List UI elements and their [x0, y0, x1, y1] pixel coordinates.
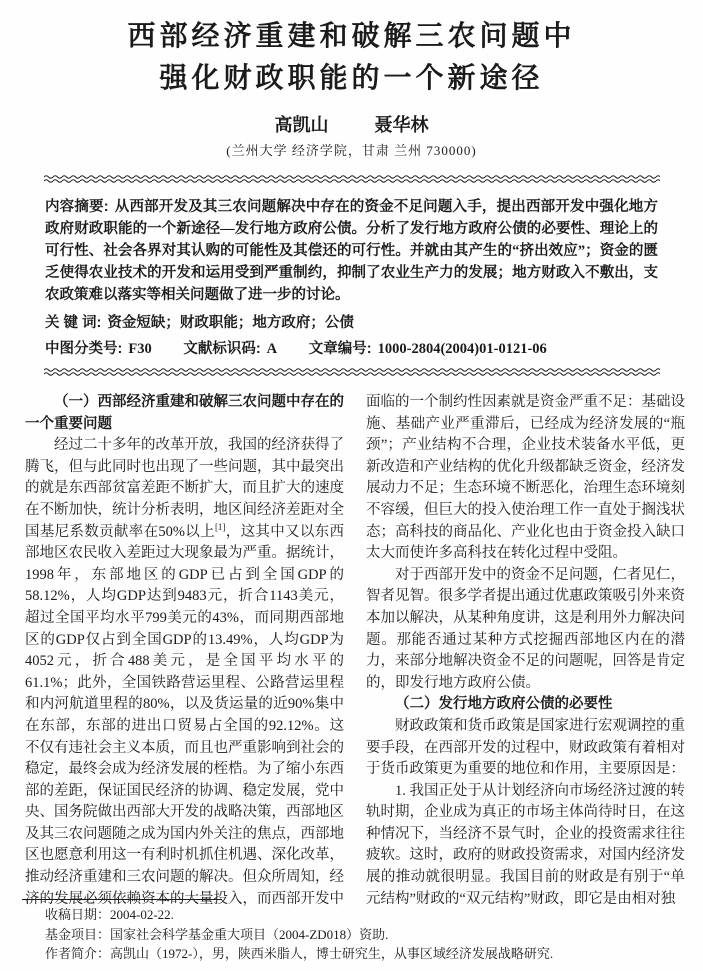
author-bio-line: 作者简介：高凯山（1972-），男，陕西米脂人，博士研究生，从事区域经济发展战略…: [22, 944, 673, 964]
paragraph-text: ，这其中又以东西部地区农民收入差距过大现象最为严重。据统计，1998年，东部地区…: [25, 524, 344, 907]
author-bio-value: 高凯山（1972-），男，陕西米脂人，博士研究生，从事区域经济发展战略研究.: [110, 946, 553, 961]
received-date-label: 收稿日期：: [45, 907, 110, 922]
section-heading-1: （一）西部经济重建和破解三农问题中存在的一个重要问题: [25, 392, 344, 435]
keywords-text: 资金短缺；财政职能；地方政府；公债: [107, 315, 354, 331]
abstract-label: 内容摘要:: [45, 199, 109, 215]
body-paragraph: 对于西部开发中的资金不足问题，仁者见仁，智者见智。很多学者提出通过优惠政策吸引外…: [366, 565, 685, 695]
author-bio-label: 作者简介：: [45, 946, 110, 961]
keywords-label: 关 键 词:: [45, 315, 101, 331]
title-line-2: 强化财政职能的一个新途径: [0, 58, 703, 100]
left-column: （一）西部经济重建和破解三农问题中存在的一个重要问题 经过二十多年的改革开放，我…: [25, 392, 344, 910]
meta-block: 内容摘要:从西部开发及其三农问题解决中存在的资金不足问题入手，提出西部开发中强化…: [45, 196, 658, 360]
author-name: 高凯山: [275, 113, 329, 137]
body-paragraph: 经过二十多年的改革开放，我国的经济获得了腾飞，但与此同时也出现了一些问题，其中最…: [25, 435, 344, 910]
title-line-1: 西部经济重建和破解三农问题中: [0, 16, 703, 58]
wavy-separator-top: [44, 174, 660, 184]
keywords: 关 键 词:资金短缺；财政职能；地方政府；公债: [45, 312, 658, 334]
clc-value: F30: [128, 341, 151, 357]
body-columns: （一）西部经济重建和破解三农问题中存在的一个重要问题 经过二十多年的改革开放，我…: [25, 392, 685, 910]
wavy-separator-bottom: [44, 367, 660, 377]
affiliation: (兰州大学 经济学院，甘肃 兰州 730000): [0, 142, 703, 160]
body-paragraph: 财政政策和货币政策是国家进行宏观调控的重要手段，在西部开发的过程中，财政政策有着…: [366, 716, 685, 781]
abstract-text: 从西部开发及其三农问题解决中存在的资金不足问题入手，提出西部开发中强化地方政府财…: [45, 199, 658, 303]
footnote-block: 收稿日期：2004-02-22. 基金项目：国家社会科学基金重大项目（2004-…: [22, 899, 673, 964]
clc-label: 中图分类号:: [45, 341, 122, 357]
received-date-value: 2004-02-22.: [110, 907, 174, 922]
classification-line: 中图分类号:F30 文献标识码:A 文章编号:1000-2804(2004)01…: [45, 338, 658, 360]
page-title: 西部经济重建和破解三农问题中 强化财政职能的一个新途径: [0, 0, 703, 100]
body-paragraph: 1. 我国正处于从计划经济向市场经济过渡的转轨时期，企业成为真正的市场主体尚待时…: [366, 781, 685, 910]
authors: 高凯山 聂华林: [0, 113, 703, 137]
article-id-value: 1000-2804(2004)01-0121-06: [378, 341, 547, 357]
fund-project-value: 国家社会科学基金重大项目（2004-ZD018）资助.: [110, 927, 388, 942]
fund-project-label: 基金项目：: [45, 927, 110, 942]
paper-page: 西部经济重建和破解三农问题中 强化财政职能的一个新途径 高凯山 聂华林 (兰州大…: [0, 0, 703, 971]
received-date-line: 收稿日期：2004-02-22.: [22, 905, 673, 925]
right-column: 面临的一个制约性因素就是资金严重不足：基础设施、基础产业严重滞后，已经成为经济发…: [366, 392, 685, 910]
citation-ref-1: [1]: [215, 522, 226, 532]
body-paragraph: 面临的一个制约性因素就是资金严重不足：基础设施、基础产业严重滞后，已经成为经济发…: [366, 392, 685, 565]
fund-project-line: 基金项目：国家社会科学基金重大项目（2004-ZD018）资助.: [22, 925, 673, 945]
author-name: 聂华林: [375, 113, 429, 137]
doc-code-label: 文献标识码:: [183, 341, 260, 357]
footnote-divider: [22, 899, 222, 900]
abstract: 内容摘要:从西部开发及其三农问题解决中存在的资金不足问题入手，提出西部开发中强化…: [45, 196, 658, 306]
article-id-label: 文章编号:: [309, 341, 372, 357]
section-heading-2: （二）发行地方政府公债的必要性: [366, 694, 685, 716]
doc-code-value: A: [267, 341, 277, 357]
